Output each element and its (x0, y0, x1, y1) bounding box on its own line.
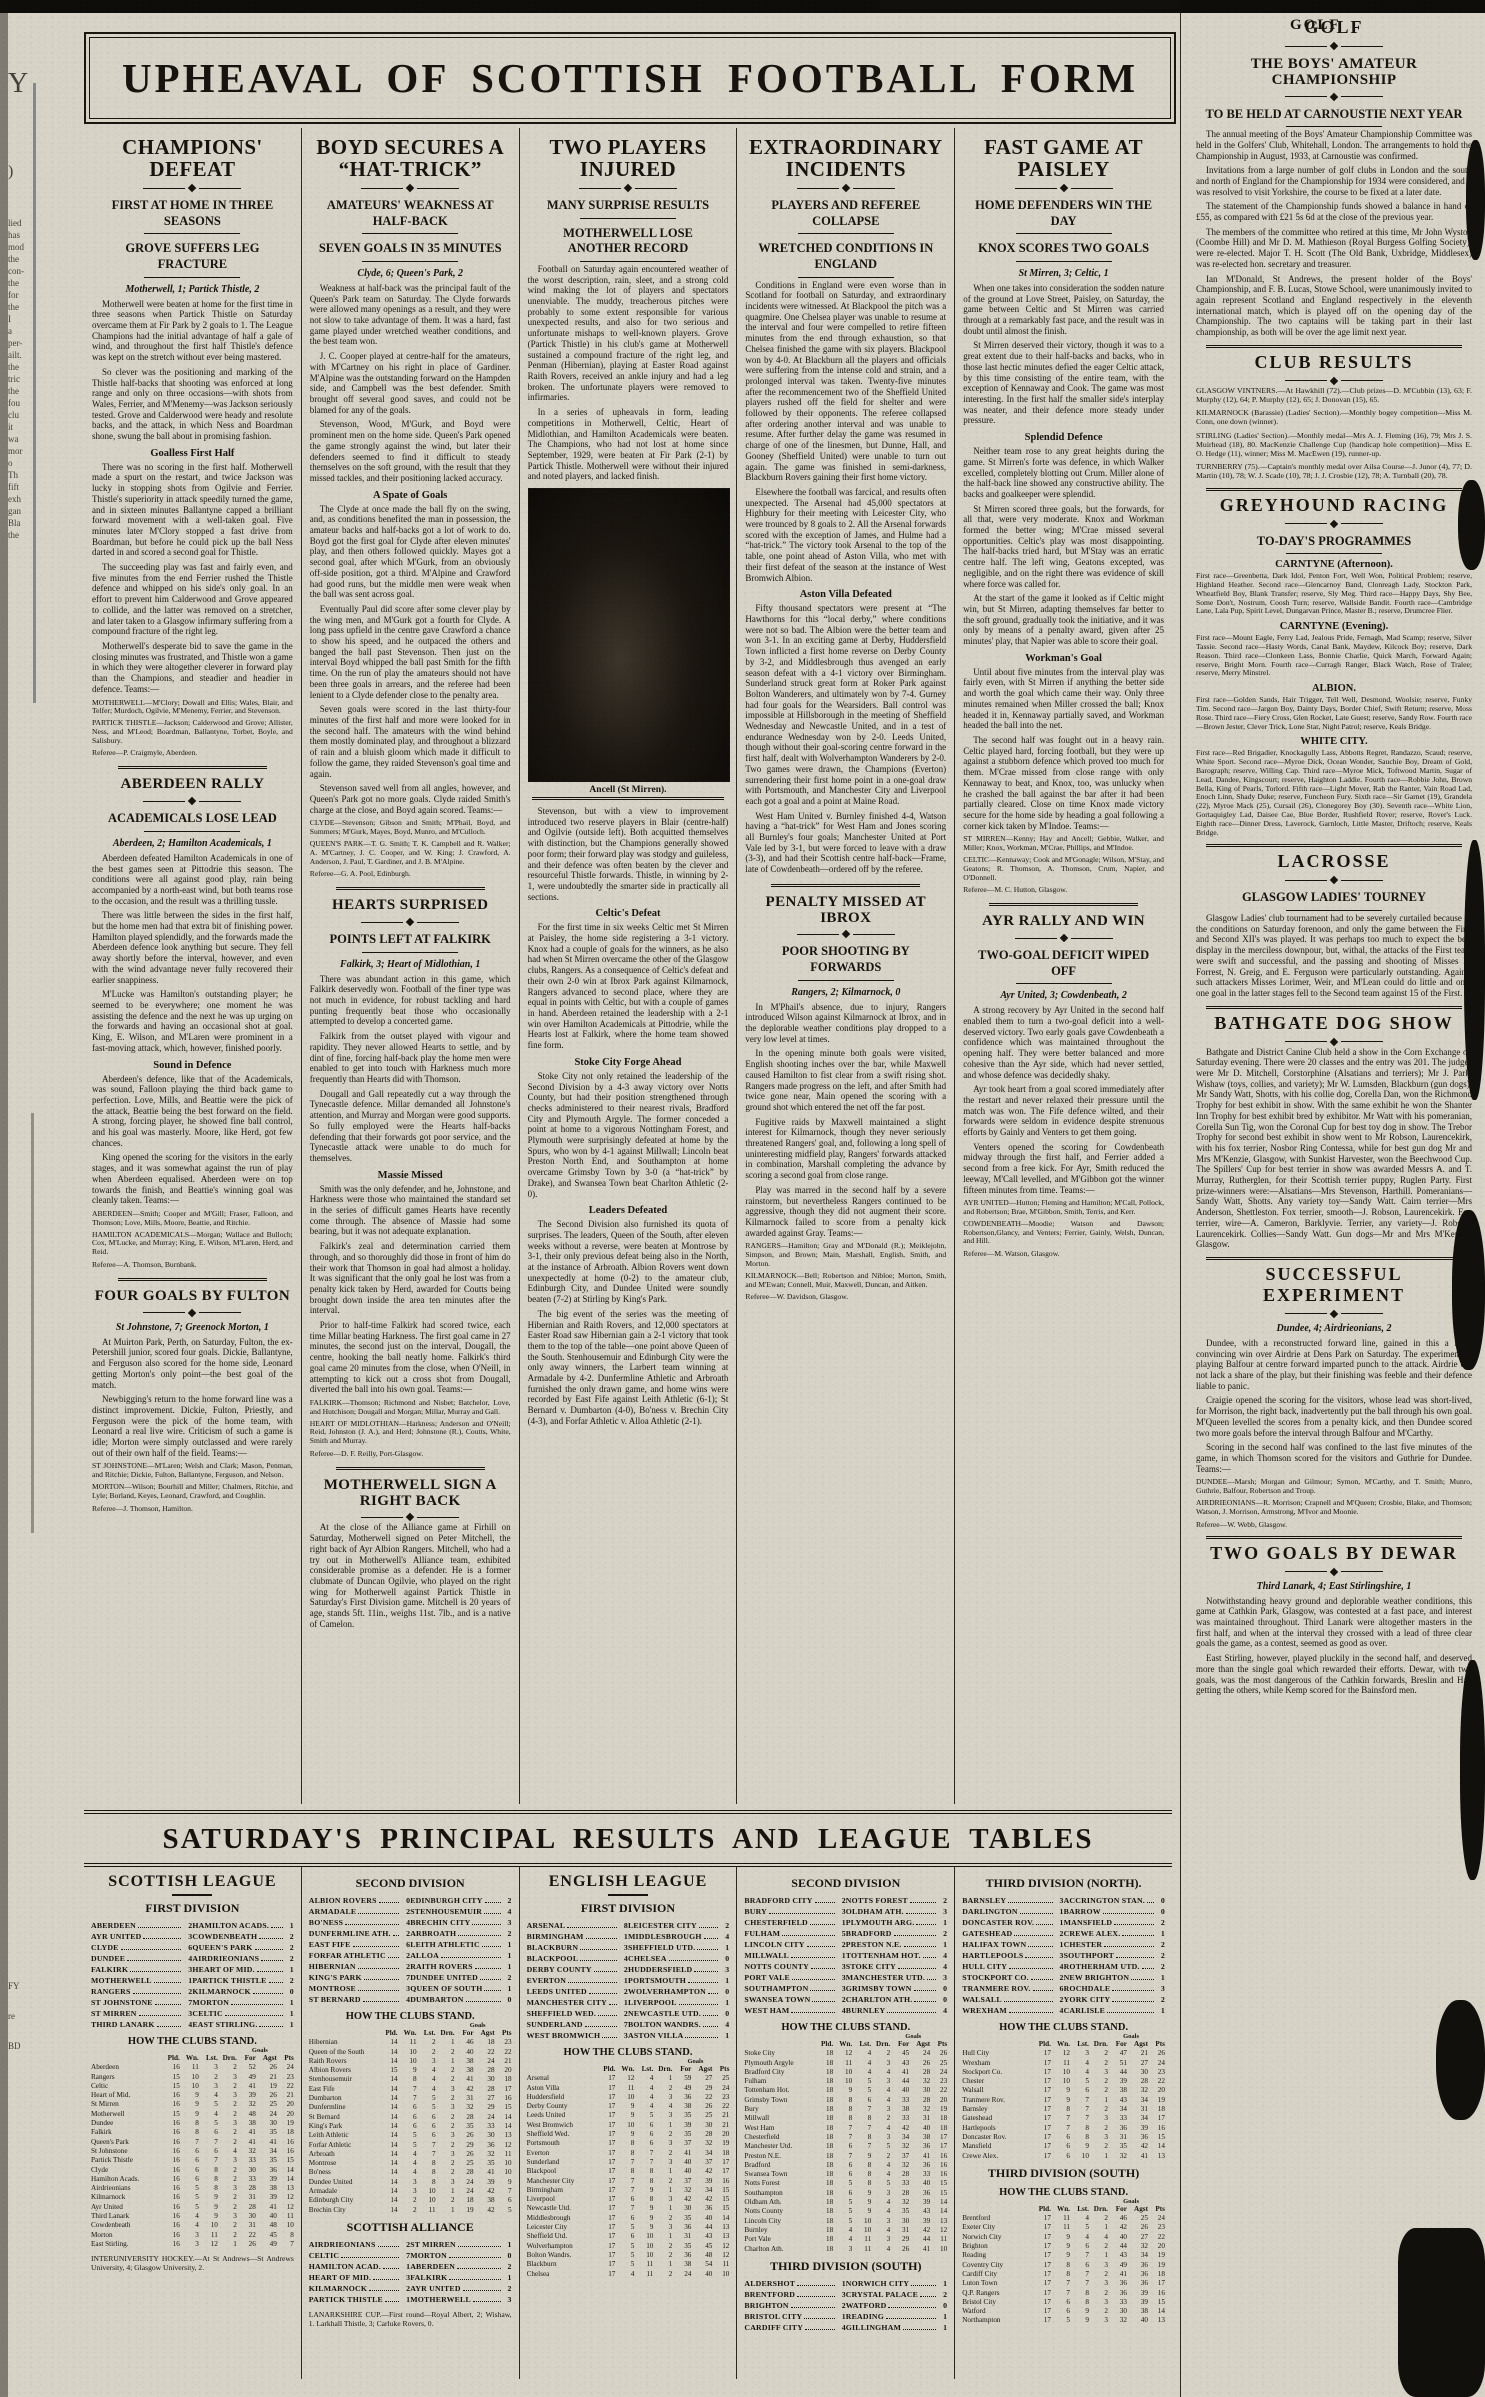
match-away: WOLVERHAMPTON0 (628, 1986, 729, 1997)
body-paragraph: Play was marred in the second half by a … (745, 1185, 946, 1239)
stat-value: 2 (436, 2048, 455, 2057)
stat-value: 36 (909, 2142, 930, 2151)
body-paragraph: Smith was the only defender, and he, Joh… (310, 1184, 511, 1238)
article-divider (336, 1467, 485, 1470)
dot-leader (697, 1942, 718, 1950)
dot-leader (694, 1964, 718, 1972)
referee-line: Referee—A. Thomson, Burnbank. (92, 1260, 293, 1269)
stat-value: 16 (161, 2156, 180, 2165)
crosshead: Celtic's Defeat (528, 908, 729, 919)
match-result-row: BARNSLEY3ACCRINGTON STAN.0 (962, 1895, 1165, 1906)
dot-leader (923, 1950, 937, 1958)
match-home: NOTTS COUNTY3 (744, 1961, 845, 1972)
away-score: 1 (938, 2311, 947, 2322)
scoreline: St Mirren, 3; Celtic, 1 (963, 268, 1164, 279)
stat-value: 26 (455, 2150, 474, 2159)
club-name: Grimsby Town (744, 2096, 814, 2105)
match-home: PORT VALE3 (744, 1972, 845, 1983)
standings-row: Cardiff City17872413618 (962, 2270, 1165, 2279)
home-team: KING'S PARK (309, 1972, 362, 1983)
stat-value: 3 (871, 2133, 890, 2142)
club-name: Gateshead (962, 2114, 1032, 2123)
stat-value: 36 (1127, 2279, 1148, 2288)
stat-value: 22 (691, 2093, 712, 2102)
player-photo (528, 488, 729, 782)
home-score: 3 (837, 1972, 846, 1983)
body-paragraph: So clever was the positioning and markin… (92, 367, 293, 442)
standings-row: Blackburn175111385411 (527, 2260, 730, 2269)
crosshead: A Spate of Goals (310, 490, 511, 501)
match-result-row: FORFAR ATHLETIC2ALLOA1 (309, 1950, 512, 1961)
club-name: King's Park (309, 2122, 379, 2131)
home-team: SOUTHAMPTON (744, 1983, 808, 1994)
match-away: CRYSTAL PALACE2 (846, 2289, 947, 2300)
match-away: STENHOUSEMUIR4 (410, 1906, 511, 1917)
club-name: Northampton (962, 2316, 1032, 2325)
standings-row: Swansea Town18684283316 (744, 2170, 947, 2179)
stat-value: 5 (833, 2179, 852, 2188)
home-team: MANCHESTER CITY (527, 1997, 607, 2008)
article-subhead: WRETCHED CONDITIONS IN ENGLAND (751, 241, 940, 272)
stat-value: 16 (161, 2119, 180, 2128)
standings-row: West Ham18774424018 (744, 2124, 947, 2133)
standings-row: Sheffield Wed.17962352820 (527, 2130, 730, 2139)
home-score: 2 (183, 1986, 192, 1997)
stat-value: 17 (1032, 2223, 1051, 2232)
article-subhead: TO BE HELD AT CARNOUSTIE NEXT YEAR (1202, 107, 1466, 123)
stat-value: 23 (712, 2093, 729, 2102)
left-edge-fragments: Y)liedhasmodthecon-thefortheIaper-ailt.t… (0, 13, 72, 2397)
home-team: ST MIRREN (91, 2008, 137, 2019)
standings-row: Arbroath14473263211 (309, 2150, 512, 2159)
stat-value: 26 (237, 2240, 256, 2249)
standings-row: Albion Rovers15942382820 (309, 2066, 512, 2075)
stat-value: 36 (672, 2251, 691, 2260)
stat-value: 1 (436, 2187, 455, 2196)
away-score: 3 (503, 1917, 512, 1928)
club-name: Brentford (962, 2214, 1032, 2223)
standings-row: Leith Athletic14563263013 (309, 2131, 512, 2140)
stat-value: 14 (712, 2214, 729, 2223)
away-score: 2 (503, 1895, 512, 1906)
home-score: 1 (1055, 1917, 1064, 1928)
standings-row: Wolverhampton175102354512 (527, 2242, 730, 2251)
dot-leader (379, 1895, 400, 1903)
match-away: NEW BRIGHTON1 (1064, 1972, 1165, 1983)
home-score: 7 (401, 1972, 410, 1983)
away-team: YORK CITY (1064, 1994, 1111, 2005)
standings-row: Q.P. Rangers17782363916 (962, 2289, 1165, 2298)
body-paragraph: A strong recovery by Ayr United in the s… (963, 1005, 1164, 1080)
article-subhead: SEVEN GOALS IN 35 MINUTES (316, 241, 505, 257)
body-paragraph: Elsewhere the football was farcical, and… (745, 487, 946, 583)
match-result-row: MILLWALL1TOTTENHAM HOT.4 (744, 1950, 947, 1961)
match-away: BURNLEY4 (846, 2005, 947, 2016)
match-away: EDINBURGH CITY2 (410, 1895, 511, 1906)
match-home: BIRMINGHAM1 (527, 1931, 628, 1942)
article-divider (336, 887, 485, 890)
stat-value: 18 (455, 2196, 474, 2205)
stat-value: 7 (1051, 2289, 1070, 2298)
stat-value: 30 (890, 2217, 909, 2226)
stat-value: 40 (672, 2167, 691, 2176)
subhead-rule (798, 277, 894, 278)
stat-value: 10 (852, 2217, 871, 2226)
stat-value: 30 (1127, 2068, 1148, 2077)
stat-value: 4 (871, 2245, 890, 2254)
league-title: SCOTTISH LEAGUE (91, 1873, 294, 1891)
stat-value: 2 (653, 2177, 672, 2186)
body-paragraph: Glasgow Ladies' club tournament had to b… (1196, 913, 1472, 999)
home-score: 1 (619, 1997, 628, 2008)
dot-leader (385, 2294, 399, 2302)
main-column-5: FAST GAME AT PAISLEYHOME DEFENDERS WIN T… (955, 128, 1172, 1804)
club-name: Plymouth Argyle (744, 2059, 814, 2068)
match-away: YORK CITY2 (1064, 1994, 1165, 2005)
referee-line: Referee—M. C. Hutton, Glasgow. (963, 885, 1164, 894)
stat-value: 7 (1070, 2279, 1089, 2288)
away-team: CREWE ALEX. (1064, 1928, 1121, 1939)
section-title-successful-experiment: SUCCESSFUL EXPERIMENT (1196, 1264, 1472, 1306)
away-team: BARROW (1064, 1906, 1101, 1917)
scan-smudge (1398, 2228, 1485, 2397)
stat-value: 24 (930, 2068, 947, 2077)
match-home: DERBY COUNTY2 (527, 1964, 628, 1975)
stat-value: 43 (1108, 2096, 1127, 2105)
dot-leader (586, 1931, 617, 1939)
away-score: 3 (503, 2294, 512, 2305)
team-line: AYR UNITED—Hutton; Fleming and Hamilton;… (963, 1199, 1164, 1217)
stat-value: 15 (277, 2156, 294, 2165)
stat-value: 9 (852, 2189, 871, 2198)
stat-value: 19 (1148, 2096, 1165, 2105)
stat-value: 18 (814, 2049, 833, 2058)
standings-row: Port Vale184113294411 (744, 2235, 947, 2244)
stat-value: 33 (890, 2179, 909, 2188)
stat-value: 36 (1108, 2289, 1127, 2298)
dot-leader (887, 2005, 936, 2013)
crosshead: Splendid Defence (963, 432, 1164, 443)
referee-line: Referee—M. Watson, Glasgow. (963, 1249, 1164, 1258)
stat-value: 7 (1070, 2270, 1089, 2279)
stat-value: 18 (814, 2189, 833, 2198)
club-name: Falkirk (91, 2128, 161, 2137)
stat-value: 6 (833, 2189, 852, 2198)
standings-row: Rangers151023492123 (91, 2073, 294, 2082)
club-name: Walsall (962, 2086, 1032, 2095)
stat-value: 41 (909, 2152, 930, 2161)
stat-value: 8 (852, 2170, 871, 2179)
standings-col-header: Lst. (1070, 2040, 1089, 2049)
edge-text-fragment: the (8, 254, 19, 264)
scan-smudge (1458, 480, 1485, 570)
standings-col-header: Agst (1127, 2040, 1148, 2049)
away-team: PRESTON N.E. (846, 1939, 902, 1950)
stat-value: 17 (596, 2121, 615, 2130)
stat-value: 14 (379, 2141, 398, 2150)
standings-col-header: Pts (1148, 2040, 1165, 2049)
headline-ornament (92, 1310, 293, 1316)
stat-value: 2 (1089, 2077, 1108, 2086)
table-note: LANARKSHIRE CUP.—First round—Royal Alber… (309, 2310, 512, 2328)
match-home: AIRDRIEONIANS2 (309, 2239, 410, 2250)
stat-value: 18 (814, 2059, 833, 2068)
match-home: DARLINGTON1 (962, 1906, 1063, 1917)
section-divider (1206, 488, 1462, 491)
standings-row: Coventry City17863493619 (962, 2261, 1165, 2270)
match-result-row: BIRMINGHAM1MIDDLESBROUGH4 (527, 1931, 730, 1942)
stat-value: 11 (1051, 2059, 1070, 2068)
headline-ornament (1196, 1311, 1472, 1317)
standings-row: Mansfield17692354214 (962, 2142, 1165, 2151)
stat-value: 9 (180, 2110, 199, 2119)
dot-leader (886, 2311, 936, 2319)
home-team: TRANMERE ROV. (962, 1983, 1030, 1994)
stat-value: 3 (436, 2131, 455, 2140)
match-result-row: EVERTON1PORTSMOUTH1 (527, 1975, 730, 1986)
stat-value: 7 (1070, 2105, 1089, 2114)
stat-value: 16 (161, 2063, 180, 2072)
article-subhead: PLAYERS AND REFEREE COLLAPSE (751, 198, 940, 229)
standings-row: St Mirren16952322520 (91, 2100, 294, 2109)
match-home: CELTIC7 (309, 2250, 410, 2261)
stat-value: 33 (237, 2156, 256, 2165)
stat-value: 5 (833, 2217, 852, 2226)
stat-value: 6 (833, 2161, 852, 2170)
match-away: ACCRINGTON STAN.0 (1064, 1895, 1165, 1906)
dot-leader (888, 2300, 936, 2308)
stat-value: 49 (237, 2073, 256, 2082)
table-column-5: THIRD DIVISION (NORTH).BARNSLEY3ACCRINGT… (955, 1867, 1172, 2379)
dot-leader (791, 2300, 835, 2308)
body-paragraph: Ayr took heart from a goal scored immedi… (963, 1084, 1164, 1138)
stat-value: 44 (1108, 2068, 1127, 2077)
section-title-golf: GOLF (1196, 17, 1472, 38)
stat-value: 3 (436, 2085, 455, 2094)
home-team: MONTROSE (309, 1983, 356, 1994)
dot-leader (1014, 1928, 1052, 1936)
stat-value: 4 (199, 2091, 218, 2100)
home-score: 6 (1055, 1983, 1064, 1994)
stat-value: 2 (1089, 2105, 1108, 2114)
match-result-row: BRADFORD CITY2NOTTS FOREST2 (744, 1895, 947, 1906)
stat-value: 5 (833, 2207, 852, 2216)
match-result-row: TRANMERE ROV.6ROCHDALE3 (962, 1983, 1165, 1994)
stat-value: 2 (218, 2110, 237, 2119)
stat-value: 38 (909, 2133, 930, 2142)
standings-row: Armadale14310124427 (309, 2187, 512, 2196)
stat-value: 14 (495, 2113, 512, 2122)
standings-row: Doncaster Rov.17683313615 (962, 2133, 1165, 2142)
match-home: CARDIFF CITY4 (744, 2322, 845, 2333)
match-home: LEEDS UNITED2 (527, 1986, 628, 1997)
standings-col-header: Agst (256, 2054, 277, 2063)
match-away: TOTTENHAM HOT.4 (846, 1950, 947, 1961)
home-score: 1 (619, 1931, 628, 1942)
stat-value: 32 (890, 2142, 909, 2151)
match-home: SUNDERLAND7 (527, 2019, 628, 2030)
stat-value: 8 (180, 2119, 199, 2128)
stat-value: 36 (1127, 2261, 1148, 2270)
race-card: First race—Mount Eagle, Ferry Lad, Jealo… (1196, 634, 1472, 678)
stat-value: 4 (634, 2084, 653, 2093)
stat-value: 2 (436, 2094, 455, 2103)
dot-leader (769, 1906, 835, 1914)
crosshead: Goalless First Half (92, 448, 293, 459)
stat-value: 9 (180, 2091, 199, 2100)
standings-row: Reading17971433419 (962, 2251, 1165, 2260)
stat-value: 9 (1070, 2316, 1089, 2325)
stat-value: 11 (852, 2235, 871, 2244)
home-score: 2 (619, 1964, 628, 1975)
scoreline: Falkirk, 3; Heart of Midlothian, 1 (310, 959, 511, 970)
body-paragraph: Neither team rose to any great heights d… (963, 446, 1164, 500)
standings-row: Newcastle Utd.17791303615 (527, 2204, 730, 2213)
away-team: LEICESTER CITY (628, 1920, 697, 1931)
division-title: SCOTTISH ALLIANCE (309, 2220, 512, 2235)
away-score: 1 (503, 1939, 512, 1950)
stat-value: 1 (653, 2260, 672, 2269)
match-result-row: CHESTERFIELD1PLYMOUTH ARG.1 (744, 1917, 947, 1928)
dot-leader (1104, 1939, 1154, 1947)
division-title: THIRD DIVISION (NORTH). (962, 1876, 1165, 1891)
stat-value: 4 (871, 2226, 890, 2235)
stat-value: 7 (615, 2177, 634, 2186)
stat-value: 24 (1148, 2059, 1165, 2068)
home-score: 2 (619, 2008, 628, 2019)
stat-value: 2 (653, 2214, 672, 2223)
stat-value: 6 (833, 2142, 852, 2151)
headline-ornament (92, 798, 293, 804)
match-away: BRECHIN CITY3 (410, 1917, 511, 1928)
away-score: 0 (720, 2008, 729, 2019)
standings-club-header (527, 2065, 597, 2074)
match-away: BOLTON WANDRS.4 (628, 2019, 729, 2030)
stat-value: 3 (218, 2184, 237, 2193)
club-name: Dundee United (309, 2178, 379, 2187)
stat-value: 16 (277, 2147, 294, 2156)
stat-value: 1 (653, 2186, 672, 2195)
stat-value: 9 (852, 2207, 871, 2216)
scan-smudge (1460, 1660, 1485, 1880)
division-title: THIRD DIVISION (SOUTH) (962, 2166, 1165, 2181)
stat-value: 6 (417, 2131, 436, 2140)
dot-leader (121, 1942, 182, 1950)
stat-value: 2 (871, 2049, 890, 2058)
dot-leader (157, 2019, 182, 2027)
stat-value: 7 (398, 2085, 417, 2094)
match-away: EAST STIRLING.1 (192, 2019, 293, 2030)
race-card: First race—Golden Sands, Hair Trigger, T… (1196, 696, 1472, 731)
dot-leader (449, 2250, 501, 2258)
stat-value: 37 (890, 2152, 909, 2161)
stat-value: 26 (455, 2131, 474, 2140)
stat-value: 18 (814, 2114, 833, 2123)
standings-row: Grimsby Town18864332820 (744, 2096, 947, 2105)
scan-edge-line (31, 1113, 34, 1533)
newspaper-page: GOLF Y)liedhasmodthecon-thefortheIaper-a… (0, 0, 1485, 2397)
dot-leader (1020, 1906, 1053, 1914)
venue-heading: ALBION. (1196, 683, 1472, 694)
match-away: HUDDERSFIELD3 (628, 1964, 729, 1975)
table-column-2: SECOND DIVISIONALBION ROVERS0EDINBURGH C… (302, 1867, 520, 2379)
stat-value: 11 (833, 2059, 852, 2068)
home-team: HALIFAX TOWN (962, 1939, 1026, 1950)
team-line: MORTON—Wilson; Bourhill and Miller; Chal… (92, 1483, 293, 1501)
club-name: Arsenal (527, 2074, 597, 2083)
subhead-rule (1286, 910, 1382, 911)
dot-leader (580, 1942, 617, 1950)
stat-value: 4 (871, 2124, 890, 2133)
match-home: STOCKPORT CO.2 (962, 1972, 1063, 1983)
stat-value: 14 (379, 2131, 398, 2140)
home-team: BRIGHTON (744, 2300, 788, 2311)
stat-value: 2 (1089, 2289, 1108, 2298)
league-title-rule (172, 1894, 212, 1896)
home-team: BO'NESS (309, 1917, 343, 1928)
standings-row: Brighton17962443220 (962, 2242, 1165, 2251)
headline-ornament (92, 185, 293, 191)
stat-value: 2 (218, 2166, 237, 2175)
match-home: LINCOLN CITY2 (744, 1939, 845, 1950)
home-team: CARDIFF CITY (744, 2322, 803, 2333)
stat-value: 13 (930, 2217, 947, 2226)
standings-row: Burnley184104314212 (744, 2226, 947, 2235)
scan-smudge (1436, 2000, 1485, 2120)
standings-col-header: Lst. (1070, 2205, 1089, 2214)
edge-text-fragment: gan (8, 506, 21, 516)
crosshead: Leaders Defeated (528, 1205, 729, 1216)
away-team: PORTSMOUTH (628, 1975, 686, 1986)
stat-value: 2 (871, 2152, 890, 2161)
stat-value: 36 (1108, 2279, 1127, 2288)
club-name: Bristol City (962, 2298, 1032, 2307)
stat-value: 12 (1051, 2049, 1070, 2058)
scoreline: Ayr United, 3; Cowdenbeath, 2 (963, 990, 1164, 1001)
match-home: DUNDEE4 (91, 1953, 192, 1964)
club-name: Derby County (527, 2102, 597, 2111)
stat-value: 9 (615, 2130, 634, 2139)
match-away: MANCHESTER UTD.3 (846, 1972, 947, 1983)
match-result-row: SWANSEA TOWN2CHARLTON ATH.0 (744, 1994, 947, 2005)
stat-value: 18 (277, 2128, 294, 2137)
stat-value: 14 (379, 2038, 398, 2047)
away-team: NORWICH CITY (846, 2278, 909, 2289)
stat-value: 10 (615, 2121, 634, 2130)
stat-value: 32 (672, 2186, 691, 2195)
stat-value: 4 (871, 2161, 890, 2170)
away-team: GILLINGHAM (846, 2322, 901, 2333)
dot-leader (257, 1964, 283, 1972)
club-result-item: STIRLING (Ladies' Section).—Monthly meda… (1196, 431, 1472, 459)
match-result-row: SHEFFIELD WED.2NEWCASTLE UTD.0 (527, 2008, 730, 2019)
stat-value: 15 (930, 2179, 947, 2188)
club-name: Swansea Town (744, 2170, 814, 2179)
stat-value: 29 (474, 2103, 495, 2112)
match-away: GRIMSBY TOWN0 (846, 1983, 947, 1994)
standings-row: Birmingham17791323415 (527, 2186, 730, 2195)
stat-value: 2 (218, 2138, 237, 2147)
stat-value: 18 (1148, 2105, 1165, 2114)
subhead-rule (798, 980, 894, 981)
stat-value: 8 (615, 2167, 634, 2176)
stat-value: 17 (1032, 2242, 1051, 2251)
match-home: BRIGHTON2 (744, 2300, 845, 2311)
stat-value: 18 (930, 2124, 947, 2133)
stat-value: 16 (161, 2100, 180, 2109)
match-result-row: BRIGHTON2WATFORD0 (744, 2300, 947, 2311)
stat-value: 13 (277, 2184, 294, 2193)
